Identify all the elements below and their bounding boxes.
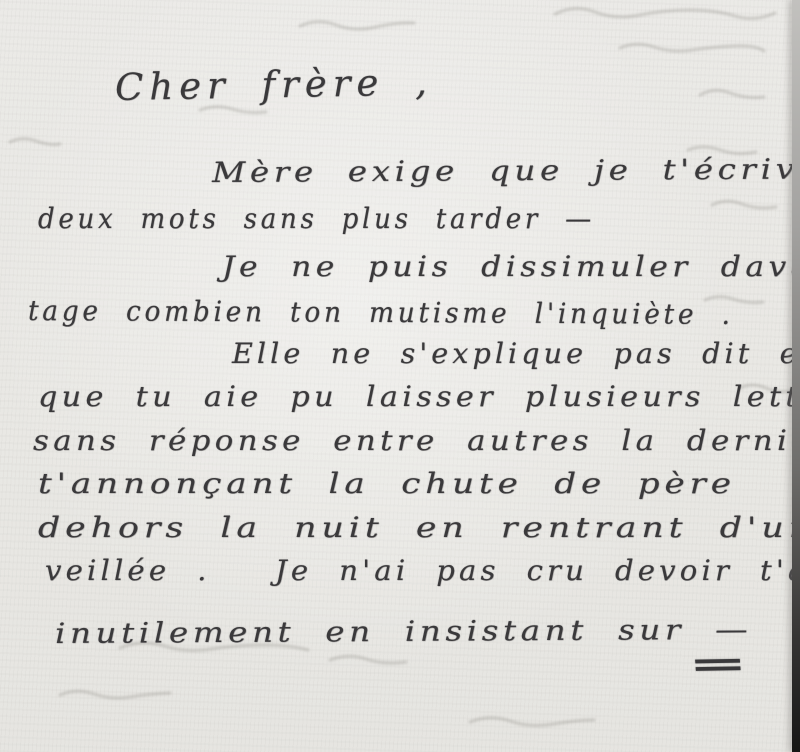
letter-line: Elle ne s'explique pas dit elle (232, 337, 800, 370)
end-of-page-mark: = (687, 644, 750, 685)
letter-line: que tu aie pu laisser plusieurs lettres (38, 380, 800, 413)
letter-line-fragment: veillée . (45, 554, 211, 587)
letter-line: inutilement en insistant sur — (55, 613, 753, 650)
letter-line: tage combien ton mutisme l'inquiète . (28, 294, 734, 331)
letter-page-scan: Cher frère , Mère exige que je t'écrive … (0, 0, 800, 752)
letter-line: dehors la nuit en rentrant d'une (38, 511, 800, 544)
letter-salutation: Cher frère , (115, 60, 434, 109)
letter-line: sans réponse entre autres la dernière (33, 424, 800, 457)
letter-line: Je ne puis dissimuler davan- (222, 250, 800, 283)
letter-line: Mère exige que je t'écrive (212, 152, 800, 189)
letter-line: veillée .Je n'ai pas cru devoir t'alarme… (45, 554, 800, 587)
letter-line: t'annonçant la chute de père (38, 467, 736, 500)
letter-line: deux mots sans plus tarder — (38, 202, 595, 235)
letter-line-fragment: Je n'ai pas cru devoir t'alarmer (275, 554, 800, 587)
scan-page-edge (792, 0, 800, 752)
